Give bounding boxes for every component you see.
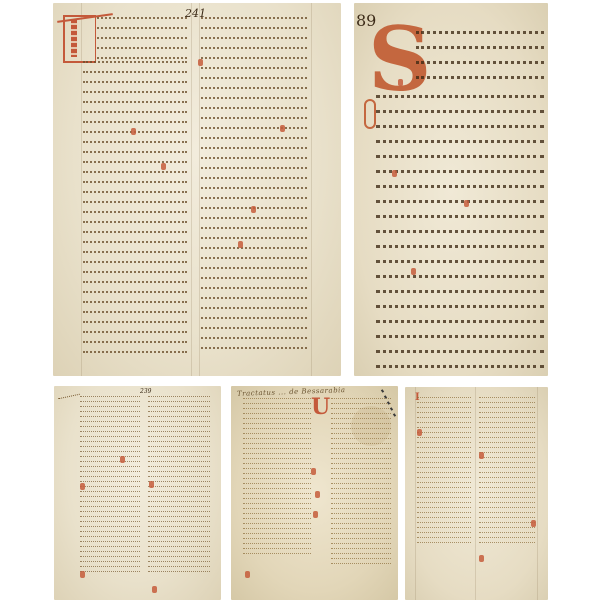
text-column-right bbox=[479, 397, 535, 563]
rubricated-letter bbox=[161, 163, 166, 170]
rubricated-letter bbox=[479, 555, 484, 562]
rubricated-letter bbox=[411, 268, 416, 275]
text-column-left bbox=[243, 398, 311, 588]
rubricated-letter bbox=[464, 200, 469, 207]
rubricated-letter bbox=[152, 586, 157, 593]
rubricated-letter bbox=[398, 79, 403, 86]
text-column-left bbox=[80, 396, 140, 592]
folio-top-left: 241 bbox=[53, 3, 341, 376]
text-block bbox=[376, 95, 544, 375]
rubricated-letter bbox=[479, 452, 484, 459]
rubricated-letter bbox=[280, 125, 285, 132]
margin-note bbox=[58, 394, 80, 400]
rubricated-letter bbox=[251, 206, 256, 213]
rubricated-letter bbox=[131, 128, 136, 135]
page-number: 239 bbox=[140, 388, 151, 395]
text-column-left bbox=[417, 397, 471, 563]
text-block bbox=[416, 31, 544, 93]
text-column-right bbox=[148, 396, 210, 592]
rubricated-letter bbox=[245, 571, 250, 578]
rubricated-letter bbox=[392, 170, 397, 177]
decorated-initial-u: U bbox=[311, 396, 330, 418]
text-column-right bbox=[201, 17, 307, 353]
parchment-stain bbox=[351, 406, 391, 446]
binding-stitch bbox=[390, 407, 393, 411]
rubricated-letter bbox=[313, 511, 318, 518]
rubricated-letter bbox=[311, 468, 316, 475]
folio-top-right: 89 S bbox=[354, 3, 548, 376]
text-column-left bbox=[97, 17, 187, 61]
rubricated-letter bbox=[417, 429, 422, 436]
text-column-left bbox=[83, 61, 187, 361]
folio-bottom-right: I bbox=[405, 387, 548, 600]
decorated-initial-i bbox=[63, 15, 96, 63]
binding-stitch bbox=[393, 413, 396, 417]
folio-bottom-left: 239 bbox=[54, 386, 221, 600]
rubricated-letter bbox=[198, 59, 203, 66]
binding-stitch bbox=[381, 389, 384, 393]
rubricated-letter bbox=[315, 491, 320, 498]
rubricated-letter bbox=[120, 456, 125, 463]
rubricated-letter bbox=[531, 520, 536, 527]
rubricated-letter bbox=[238, 241, 243, 248]
rubricated-letter bbox=[80, 483, 85, 490]
folio-bottom-middle: Tractatus ... de Bessarabia U bbox=[231, 386, 398, 600]
rubricated-letter bbox=[80, 571, 85, 578]
initial-flourish bbox=[364, 99, 376, 129]
rubricated-letter bbox=[149, 481, 154, 488]
